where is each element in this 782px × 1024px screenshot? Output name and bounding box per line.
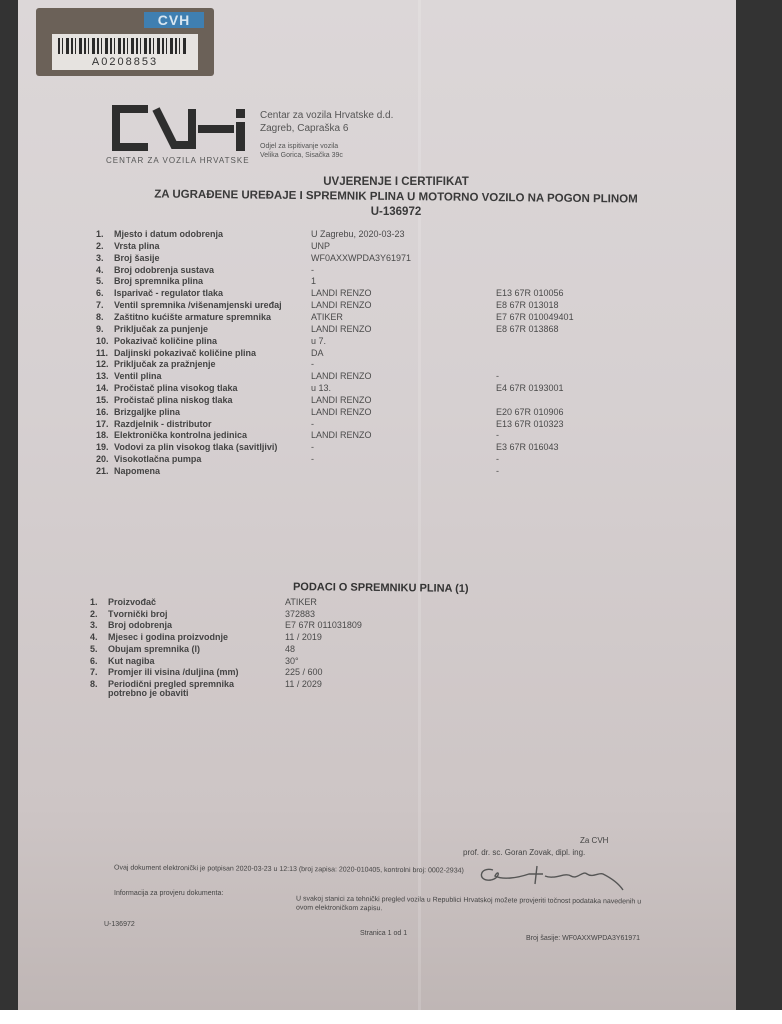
item-label: Napomena [114,466,160,476]
item-number: 18. [96,430,114,440]
item-value: u 7. [311,336,326,346]
item-label: Brizgaljke plina [114,407,180,417]
item-label: Pokazivač količine plina [114,336,217,346]
item-value: - [311,265,314,275]
sticker-label: A0208853 [52,34,198,70]
item-number: 7. [90,667,108,677]
company-street: Zagreb, Capraška 6 [260,122,393,135]
item-label: Priključak za punjenje [114,324,208,334]
footer-reference: U-136972 [104,921,135,928]
item-value: 225 / 600 [285,667,323,677]
paper-fold [418,0,421,1010]
item-value: 11 / 2029 [285,679,322,689]
item-value: ATIKER [311,312,343,322]
item-number: 8. [96,312,114,322]
item-label: Ventil spremnika /višenamjenski uređaj [114,300,282,310]
item-label: Ventil plina [114,371,162,381]
department-street: Velika Gorica, Sisačka 39c [260,151,343,160]
item-number: 9. [96,324,114,334]
item-number: 16. [96,407,114,417]
signed-for: Za CVH [580,836,608,845]
item-value: U Zagrebu, 2020-03-23 [311,229,405,239]
item-value: WF0AXXWPDA3Y61971 [311,253,411,263]
item-label: Obujam spremnika (l) [108,644,200,654]
item-number: 1. [96,229,114,239]
item-label: Pročistač plina niskog tlaka [114,395,233,405]
cvh-logo-icon [112,105,252,151]
item-value: ATIKER [285,597,317,607]
item-label: Razdjelnik - distributor [114,419,212,429]
document-title: UVJERENJE I CERTIFIKAT ZA UGRAĐENE UREĐA… [116,175,676,220]
item-number: 20. [96,454,114,464]
item-label: Broj šasije [114,253,160,263]
item-label: Vodovi za plin visokog tlaka (savitljivi… [114,442,277,452]
item-number: 7. [96,300,114,310]
e-signature-note: Ovaj dokument elektronički je potpisan 2… [114,864,464,874]
item-approval: E8 67R 013868 [496,324,559,334]
item-number: 15. [96,395,114,405]
item-value: 30° [285,656,299,666]
item-label: Pročistač plina visokog tlaka [114,383,238,393]
item-number: 1. [90,597,108,607]
item-value: - [311,442,314,452]
item-label-continuation: potrebno je obaviti [108,688,189,698]
item-label: Broj odobrenja sustava [114,265,214,275]
item-approval: - [496,466,499,476]
item-approval: E3 67R 016043 [496,442,559,452]
item-label: Mjesto i datum odobrenja [114,229,223,239]
item-number: 5. [90,644,108,654]
item-number: 8. [90,679,108,689]
item-value: - [311,454,314,464]
item-label: Promjer ili visina /duljina (mm) [108,667,239,677]
barcode-sticker: CVH A0208853 [36,8,214,76]
item-label: Visokotlačna pumpa [114,454,201,464]
item-number: 3. [96,253,114,263]
item-approval: - [496,371,499,381]
item-value: E7 67R 011031809 [285,620,362,630]
item-number: 14. [96,383,114,393]
verification-text: U svakoj stanici za tehnički pregled voz… [296,894,646,915]
item-value: UNP [311,241,330,251]
item-value: DA [311,348,324,358]
item-value: LANDI RENZO [311,371,372,381]
item-number: 3. [90,620,108,630]
item-number: 2. [90,609,108,619]
item-label: Mjesec i godina proizvodnje [108,632,228,642]
item-approval: - [496,430,499,440]
item-value: - [311,359,314,369]
item-approval: E13 67R 010056 [496,288,564,298]
document-page: CVH A0208853 CENTAR ZA VOZILA HRVATSKE C… [18,0,736,1010]
item-value: LANDI RENZO [311,430,372,440]
item-number: 6. [90,656,108,666]
item-label: Zaštitno kućište armature spremnika [114,312,271,322]
item-label: Daljinski pokazivač količine plina [114,348,256,358]
item-number: 19. [96,442,114,452]
item-label: Broj odobrenja [108,620,172,630]
item-label: Kut nagiba [108,656,155,666]
item-approval: E20 67R 010906 [496,407,564,417]
item-value: LANDI RENZO [311,300,372,310]
item-number: 2. [96,241,114,251]
item-label: Tvornički broj [108,609,168,619]
logo-subtitle: CENTAR ZA VOZILA HRVATSKE [106,156,250,165]
item-number: 5. [96,276,114,286]
item-number: 4. [90,632,108,642]
item-value: LANDI RENZO [311,395,372,405]
signature-icon [473,856,633,896]
tank-section-title: PODACI O SPREMNIKU PLINA (1) [293,581,469,595]
item-approval: E13 67R 010323 [496,419,564,429]
barcode-icon [58,38,186,54]
verification-label: Informacija za provjeru dokumenta: [114,890,223,897]
company-name: Centar za vozila Hrvatske d.d. [260,109,393,122]
certificate-number: U-136972 [116,205,676,220]
item-label: Isparivač - regulator tlaka [114,288,223,298]
item-approval: - [496,454,499,464]
item-value: LANDI RENZO [311,407,372,417]
item-value: u 13. [311,383,331,393]
item-number: 11. [96,348,114,358]
item-label: Vrsta plina [114,241,160,251]
page-number: Stranica 1 od 1 [360,930,407,937]
item-number: 10. [96,336,114,346]
sticker-brand: CVH [144,12,204,28]
item-value: LANDI RENZO [311,324,372,334]
item-value: 11 / 2019 [285,632,322,642]
item-value: 48 [285,644,295,654]
item-label: Broj spremnika plina [114,276,203,286]
department-address: Odjel za ispitivanje vozila Velika Goric… [260,142,343,160]
item-value: LANDI RENZO [311,288,372,298]
item-label: Elektronička kontrolna jedinica [114,430,247,440]
sticker-code: A0208853 [52,56,198,68]
item-label: Proizvođač [108,597,156,607]
item-number: 13. [96,371,114,381]
department-name: Odjel za ispitivanje vozila [260,142,343,151]
item-value: 1 [311,276,316,286]
item-approval: E7 67R 010049401 [496,312,574,322]
item-number: 21. [96,466,114,476]
item-number: 12. [96,359,114,369]
item-value: 372883 [285,609,315,619]
footer-vin: Broj šasije: WF0AXXWPDA3Y61971 [526,935,640,942]
item-number: 4. [96,265,114,275]
item-label: Priključak za pražnjenje [114,359,216,369]
item-approval: E8 67R 013018 [496,300,559,310]
company-address: Centar za vozila Hrvatske d.d. Zagreb, C… [260,109,393,135]
item-number: 17. [96,419,114,429]
item-number: 6. [96,288,114,298]
item-value: - [311,419,314,429]
item-approval: E4 67R 0193001 [496,383,564,393]
